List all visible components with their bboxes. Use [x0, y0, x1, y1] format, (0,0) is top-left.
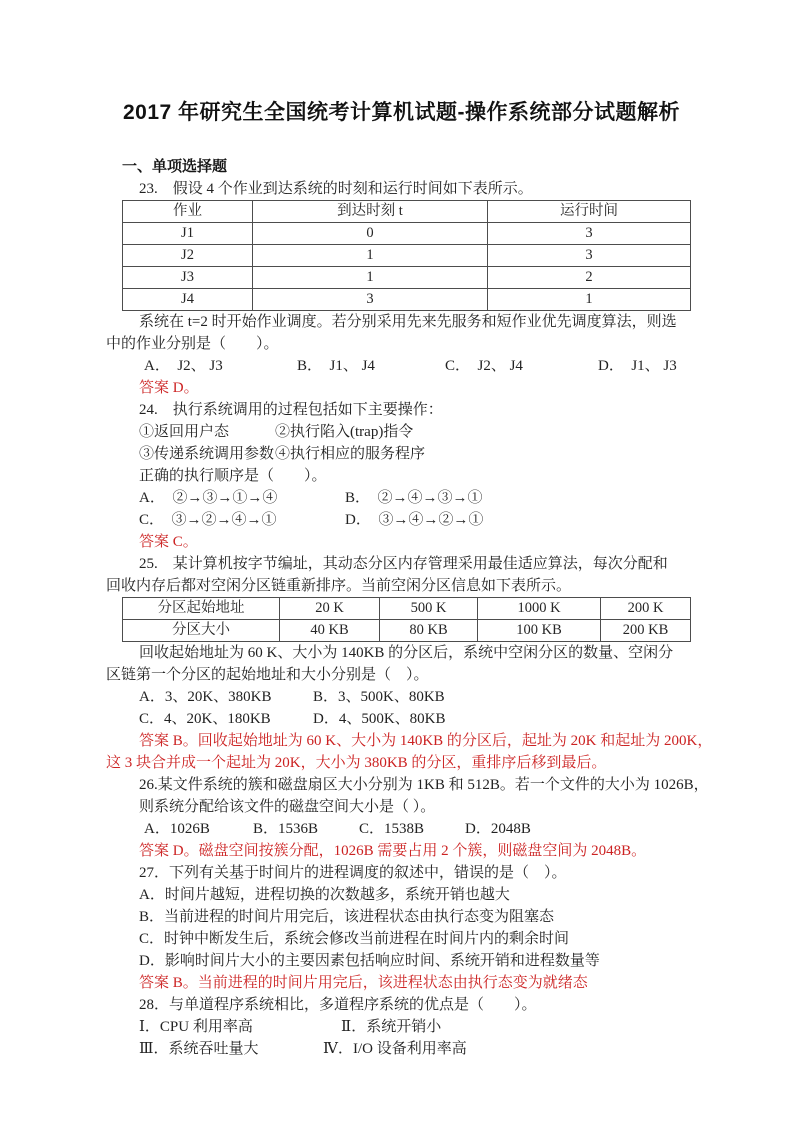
q25-cell: 80 KB	[380, 620, 478, 642]
q26-option-b: B．1536B	[253, 818, 359, 840]
q24-options-row1: A． ②→③→①→④ B． ②→④→③→①	[106, 487, 700, 509]
table-row: J4 3 1	[123, 289, 691, 311]
section-heading: 一、单项选择题	[106, 156, 700, 178]
q24-option-d: D． ③→④→②→①	[345, 509, 483, 531]
q23-stem: 23. 假设 4 个作业到达系统的时刻和运行时间如下表所示。	[106, 178, 700, 200]
q25-option-b: B．3、500K、80KB	[313, 686, 445, 708]
q26-option-a: A．1026B	[144, 818, 253, 840]
q25-cell: 20 K	[280, 598, 380, 620]
q24-options-row2: C． ③→②→④→① D． ③→④→②→①	[106, 509, 700, 531]
q23-cell: 1	[253, 267, 488, 289]
q26-option-c: C．1538B	[359, 818, 465, 840]
q24-prompt: 正确的执行顺序是（ ）。	[106, 465, 700, 487]
q23-cell: 2	[488, 267, 691, 289]
q25-options-row1: A．3、20K、380KB B．3、500K、80KB	[106, 686, 700, 708]
q24-steps-row2: ③传递系统调用参数 ④执行相应的服务程序	[106, 443, 700, 465]
q23-jobs-table: 作业 到达时刻 t 运行时间 J1 0 3 J2 1 3 J3 1 2 J4 3	[122, 200, 691, 311]
q23-option-b: B． J1、 J4	[297, 355, 445, 377]
q23-body-line1: 系统在 t=2 时开始作业调度。若分别采用先来先服务和短作业优先调度算法，则选	[106, 311, 700, 333]
q23-cell: J1	[123, 223, 253, 245]
q28-item-4: Ⅳ．I/O 设备利用率高	[323, 1038, 467, 1060]
q25-cell: 1000 K	[478, 598, 601, 620]
q24-steps-row1: ①返回用户态 ②执行陷入(trap)指令	[106, 421, 700, 443]
q23-options-row: A． J2、 J3 B． J1、 J4 C． J2、 J4 D． J1、 J3	[106, 355, 700, 377]
table-row: J3 1 2	[123, 267, 691, 289]
q28-item-1: Ⅰ．CPU 利用率高	[139, 1016, 341, 1038]
q25-partitions-table: 分区起始地址 20 K 500 K 1000 K 200 K 分区大小 40 K…	[122, 597, 691, 642]
q28-item-2: Ⅱ．系统开销小	[341, 1016, 441, 1038]
q23-option-d: D． J1、 J3	[598, 355, 677, 377]
q23-cell: 1	[253, 245, 488, 267]
q26-answer: 答案 D。磁盘空间按簇分配，1026B 需要占用 2 个簇，则磁盘空间为 204…	[106, 840, 700, 862]
q27-stem: 27．下列有关基于时间片的进程调度的叙述中，错误的是（ ）。	[106, 862, 700, 884]
q24-answer: 答案 C。	[106, 531, 700, 553]
q25-cell: 200 KB	[601, 620, 691, 642]
q25-cell: 500 K	[380, 598, 478, 620]
q23-cell: 3	[253, 289, 488, 311]
q23-answer: 答案 D。	[106, 377, 700, 399]
q23-option-c: C． J2、 J4	[445, 355, 598, 377]
table-row: 分区起始地址 20 K 500 K 1000 K 200 K	[123, 598, 691, 620]
q28-stem: 28．与单道程序系统相比，多道程序系统的优点是（ ）。	[106, 994, 700, 1016]
q27-option-b: B．当前进程的时间片用完后，该进程状态由执行态变为阻塞态	[106, 906, 700, 928]
q25-options-row2: C．4、20K、180KB D．4、500K、80KB	[106, 708, 700, 730]
q25-option-c: C．4、20K、180KB	[139, 708, 313, 730]
q23-cell: J3	[123, 267, 253, 289]
q28-items-row2: Ⅲ．系统吞吐量大 Ⅳ．I/O 设备利用率高	[106, 1038, 700, 1060]
q25-body-line2: 区链第一个分区的起始地址和大小分别是（ ）。	[106, 664, 700, 686]
q23-body-line2: 中的作业分别是（ ）。	[106, 333, 700, 355]
q23-cell: 1	[488, 289, 691, 311]
q25-stem-line1: 25. 某计算机按字节编址，其动态分区内存管理采用最佳适应算法，每次分配和	[106, 553, 700, 575]
q25-cell: 40 KB	[280, 620, 380, 642]
q25-cell: 100 KB	[478, 620, 601, 642]
table-row: 分区大小 40 KB 80 KB 100 KB 200 KB	[123, 620, 691, 642]
q25-option-a: A．3、20K、380KB	[139, 686, 313, 708]
q23-cell: J2	[123, 245, 253, 267]
q27-answer: 答案 B。当前进程的时间片用完后，该进程状态由执行态变为就绪态	[106, 972, 700, 994]
q25-answer-line1: 答案 B。回收起始地址为 60 K、大小为 140KB 的分区后，起址为 20K…	[106, 730, 700, 752]
q27-option-c: C．时钟中断发生后，系统会修改当前进程在时间片内的剩余时间	[106, 928, 700, 950]
q25-stem-line2: 回收内存后都对空闲分区链重新排序。当前空闲分区信息如下表所示。	[106, 575, 700, 597]
q23-col-header: 到达时刻 t	[253, 201, 488, 223]
q23-option-a: A． J2、 J3	[144, 355, 297, 377]
q25-cell: 分区大小	[123, 620, 280, 642]
table-row: J1 0 3	[123, 223, 691, 245]
q24-step-3: ③传递系统调用参数	[139, 443, 275, 465]
q24-step-2: ②执行陷入(trap)指令	[275, 421, 413, 443]
q24-option-c: C． ③→②→④→①	[139, 509, 345, 531]
q24-step-4: ④执行相应的服务程序	[275, 443, 425, 465]
q23-col-header: 运行时间	[488, 201, 691, 223]
q25-body-line1: 回收起始地址为 60 K、大小为 140KB 的分区后，系统中空闲分区的数量、空…	[106, 642, 700, 664]
q24-option-a: A． ②→③→①→④	[139, 487, 345, 509]
document-body: 一、单项选择题 23. 假设 4 个作业到达系统的时刻和运行时间如下表所示。 作…	[106, 156, 700, 1060]
q25-answer-line2: 这 3 块合并成一个起址为 20K，大小为 380KB 的分区，重排序后移到最后…	[106, 752, 700, 774]
table-header-row: 作业 到达时刻 t 运行时间	[123, 201, 691, 223]
document-page: 2017 年研究生全国统考计算机试题-操作系统部分试题解析 一、单项选择题 23…	[0, 0, 800, 1132]
table-row: J2 1 3	[123, 245, 691, 267]
q26-options-row: A．1026B B．1536B C．1538B D．2048B	[106, 818, 700, 840]
q23-col-header: 作业	[123, 201, 253, 223]
q23-cell: 3	[488, 245, 691, 267]
q24-step-1: ①返回用户态	[139, 421, 275, 443]
document-title: 2017 年研究生全国统考计算机试题-操作系统部分试题解析	[0, 0, 800, 128]
q28-items-row1: Ⅰ．CPU 利用率高 Ⅱ．系统开销小	[106, 1016, 700, 1038]
q23-cell: 3	[488, 223, 691, 245]
q27-option-d: D．影响时间片大小的主要因素包括响应时间、系统开销和进程数量等	[106, 950, 700, 972]
q26-stem-line1: 26.某文件系统的簇和磁盘扇区大小分别为 1KB 和 512B。若一个文件的大小…	[106, 774, 700, 796]
q24-stem: 24. 执行系统调用的过程包括如下主要操作：	[106, 399, 700, 421]
q26-stem-line2: 则系统分配给该文件的磁盘空间大小是（ ）。	[106, 796, 700, 818]
q25-option-d: D．4、500K、80KB	[313, 708, 446, 730]
q28-item-3: Ⅲ．系统吞吐量大	[139, 1038, 323, 1060]
q23-cell: J4	[123, 289, 253, 311]
q23-cell: 0	[253, 223, 488, 245]
q26-option-d: D．2048B	[465, 818, 531, 840]
q24-option-b: B． ②→④→③→①	[345, 487, 483, 509]
q25-cell: 200 K	[601, 598, 691, 620]
q25-cell: 分区起始地址	[123, 598, 280, 620]
q27-option-a: A．时间片越短，进程切换的次数越多，系统开销也越大	[106, 884, 700, 906]
